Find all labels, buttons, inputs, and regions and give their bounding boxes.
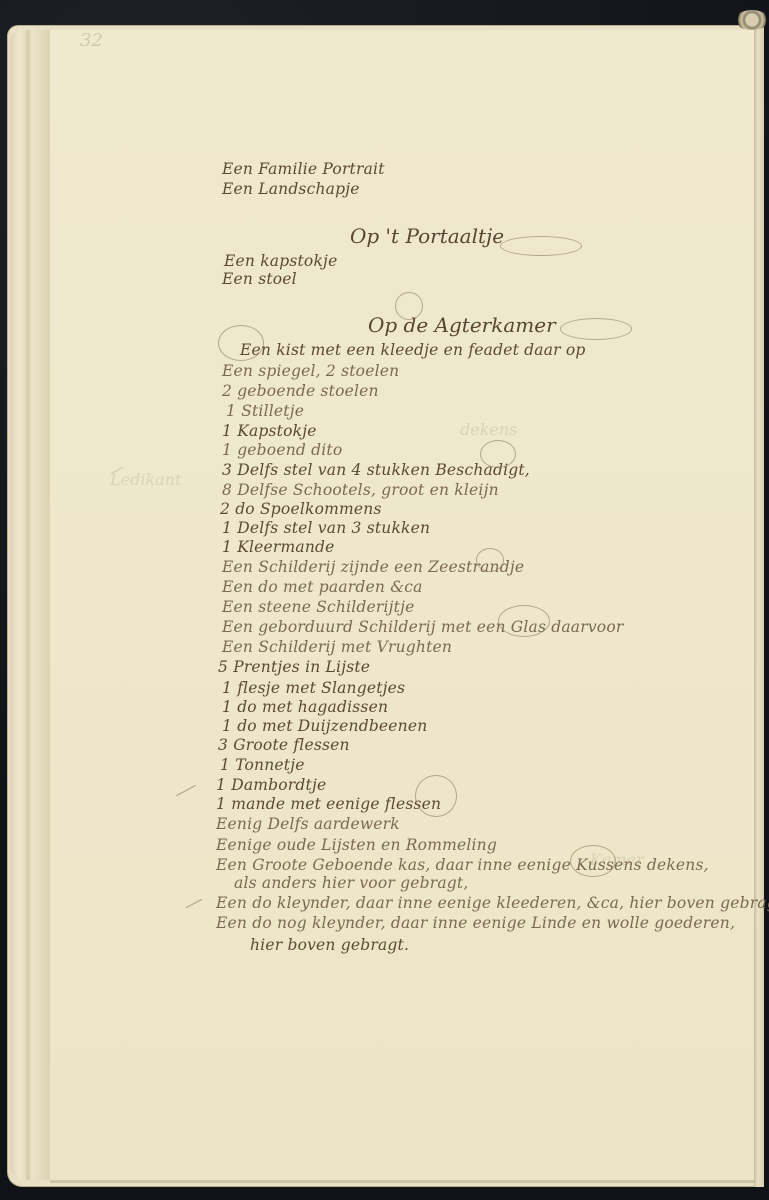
inventory-line: Een do met paarden &ca [222,578,423,596]
inventory-line: 2 geboende stoelen [222,382,379,400]
inventory-line: Een steene Schilderijtje [222,598,414,616]
inventory-line: 1 Tonnetje [220,756,305,774]
flourish-decoration [480,440,516,468]
inventory-line: Eenig Delfs aardewerk [216,815,400,833]
inventory-line: Een stoel [222,270,297,288]
inventory-line: Een Landschapje [222,180,360,198]
inventory-line: 3 Delfs stel van 4 stukken Beschadigt, [222,461,530,479]
flourish-decoration [560,318,632,340]
inventory-line: Een kapstokje [224,252,337,270]
flourish-decoration [476,548,504,572]
flourish-decoration [500,236,582,256]
flourish-decoration [415,775,457,817]
inventory-line: Een kist met een kleedje en feadet daar … [240,341,586,359]
inventory-line: 1 Dambordtje [216,776,326,794]
inventory-line: 1 flesje met Slangetjes [222,679,405,697]
inventory-line: Een Schilderij met Vrughten [222,638,452,656]
inventory-line: 5 Prentjes in Lijste [218,658,370,676]
inventory-line: 2 do Spoelkommens [220,500,382,518]
inventory-line: 1 do met Duijzendbeenen [222,717,427,735]
inventory-line: Een do kleynder, daar inne eenige kleede… [216,894,769,912]
inventory-line: Een geborduurd Schilderij met een Glas d… [222,618,623,636]
inventory-line: Een spiegel, 2 stoelen [222,362,399,380]
flourish-decoration [498,605,550,637]
inventory-line: 1 Kleermande [222,538,335,556]
facing-page-edge [754,22,764,1187]
inventory-line: 1 Delfs stel van 3 stukken [222,519,430,537]
section-heading: Op 't Portaaltje [350,224,504,248]
page-edges-left [10,30,54,1180]
folio-number: 32 [80,30,103,51]
flourish-decoration [570,845,616,877]
inventory-line-continuation: hier boven gebragt. [250,936,409,954]
inventory-line-continuation: als anders hier voor gebragt, [234,874,468,892]
binding-curl [735,10,769,30]
inventory-line: Eenige oude Lijsten en Rommeling [216,836,497,854]
inventory-line: Een do nog kleynder, daar inne eenige Li… [216,914,735,932]
bleed-through-text: dekens [460,420,517,439]
inventory-line: Een Familie Portrait [222,160,385,178]
inventory-line: 8 Delfse Schootels, groot en kleijn [222,481,499,499]
inventory-line: Een Groote Geboende kas, daar inne eenig… [216,856,709,874]
inventory-line: 1 mande met eenige flessen [216,795,441,813]
section-heading: Op de Agterkamer [368,313,556,337]
inventory-line: 1 Stilletje [226,402,304,420]
inventory-line: 1 do met hagadissen [222,698,388,716]
bleed-through-text: Ledikant [110,470,181,489]
inventory-line: 3 Groote flessen [218,736,350,754]
inventory-line: 1 Kapstokje [222,422,317,440]
inventory-line: 1 geboend dito [222,441,342,459]
